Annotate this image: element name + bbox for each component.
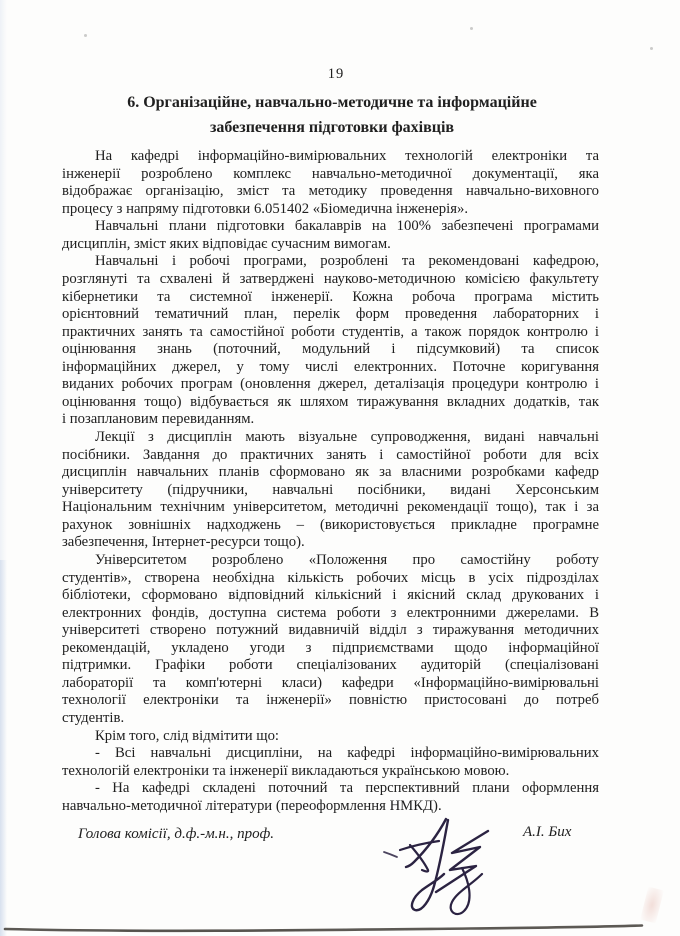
body-line: Лекції з дисциплін мають візуальне супро…	[62, 429, 599, 447]
body-line: Навчальні плани підготовки бакалаврів на…	[62, 218, 599, 236]
body-line: технологій електроніки та інженерії викл…	[62, 763, 599, 781]
body-line: Крім того, слід відмітити що:	[62, 728, 599, 746]
body-line: відображає організацію, зміст та методик…	[62, 183, 599, 201]
body-line: університету (підручники, навчальні посі…	[62, 482, 599, 500]
body-line: бібліотеки, сформовано відповідний кільк…	[62, 587, 599, 605]
signature-block: Голова комісії, д.ф.-м.н., проф. А.І. Би…	[62, 826, 599, 848]
scan-edge-strip-lower	[0, 560, 7, 936]
document-body: На кафедрі інформаційно-вимірювальних те…	[62, 148, 599, 815]
section-heading: 6. Організаційне, навчально-методичне та…	[62, 90, 602, 140]
body-line: виданих робочих програм (оновлення джере…	[62, 376, 599, 394]
body-line: лабораторії та комп'ютерні класи) кафедр…	[62, 675, 599, 693]
body-line: На кафедрі інформаційно-вимірювальних те…	[62, 148, 599, 166]
page-number: 19	[0, 66, 672, 83]
body-line: Національним технічним університетом, ме…	[62, 499, 599, 517]
body-line: оцінювання тощо) відбувається як шляхом …	[62, 394, 599, 412]
body-line: забезпечення, Інтернет-ресурси тощо).	[62, 534, 599, 552]
body-line: навчально-методичної літератури (переофо…	[62, 798, 599, 816]
scan-speck	[470, 27, 473, 30]
body-line: - На кафедрі складені поточний та перспе…	[62, 780, 599, 798]
body-line: - Всі навчальні дисципліни, на кафедрі і…	[62, 745, 599, 763]
body-line: електронних фондів, доступна система роб…	[62, 605, 599, 623]
body-line: орієнтовний тематичний план, перелік фор…	[62, 306, 599, 324]
scan-speck	[650, 47, 653, 50]
handwritten-signature-icon	[376, 810, 508, 922]
body-line: університеті створено потужний видавничі…	[62, 622, 599, 640]
body-line: практичних занять та самостійної роботи …	[62, 324, 599, 342]
page-edge-shadow	[0, 918, 680, 936]
body-line: інформаційних джерел, у тому числі елект…	[62, 359, 599, 377]
body-line: кібернетики та системної інженерії. Кожн…	[62, 289, 599, 307]
body-line: дисциплін навчальних планів сформовано я…	[62, 464, 599, 482]
body-line: рекомендацій, укладено угоди з підприємс…	[62, 640, 599, 658]
body-line: технології електроніки та інженерії» пов…	[62, 692, 599, 710]
body-line: дисциплін, зміст яких відповідає сучасни…	[62, 236, 599, 254]
body-line: студентів», створена необхідна кількість…	[62, 570, 599, 588]
section-heading-line-2: забезпечення підготовки фахівців	[62, 115, 602, 140]
body-line: процесу з напряму підготовки 6.051402 «Б…	[62, 201, 599, 219]
scan-speck	[84, 34, 87, 37]
body-line: оцінювання знань (поточний, модульний і …	[62, 341, 599, 359]
signatory-name: А.І. Бих	[523, 824, 571, 841]
body-line: Навчальні і робочі програми, розроблені …	[62, 253, 599, 271]
body-line: рахунок зовнішніх надходжень – (використ…	[62, 517, 599, 535]
body-line: розглянуті та схвалені й затверджені нау…	[62, 271, 599, 289]
body-line: інженерії розроблено комплекс навчально-…	[62, 166, 599, 184]
scanned-page: 19 6. Організаційне, навчально-методичне…	[0, 0, 680, 936]
body-line: студентів.	[62, 710, 599, 728]
section-heading-line-1: 6. Організаційне, навчально-методичне та…	[62, 90, 602, 115]
body-line: підтримки. Графіки роботи спеціалізовани…	[62, 657, 599, 675]
body-line: і позаплановим перевиданням.	[62, 411, 599, 429]
signatory-title: Голова комісії, д.ф.-м.н., проф.	[78, 826, 274, 843]
body-line: посібники. Завдання до практичних занять…	[62, 447, 599, 465]
body-line: Університетом розроблено «Положення про …	[62, 552, 599, 570]
